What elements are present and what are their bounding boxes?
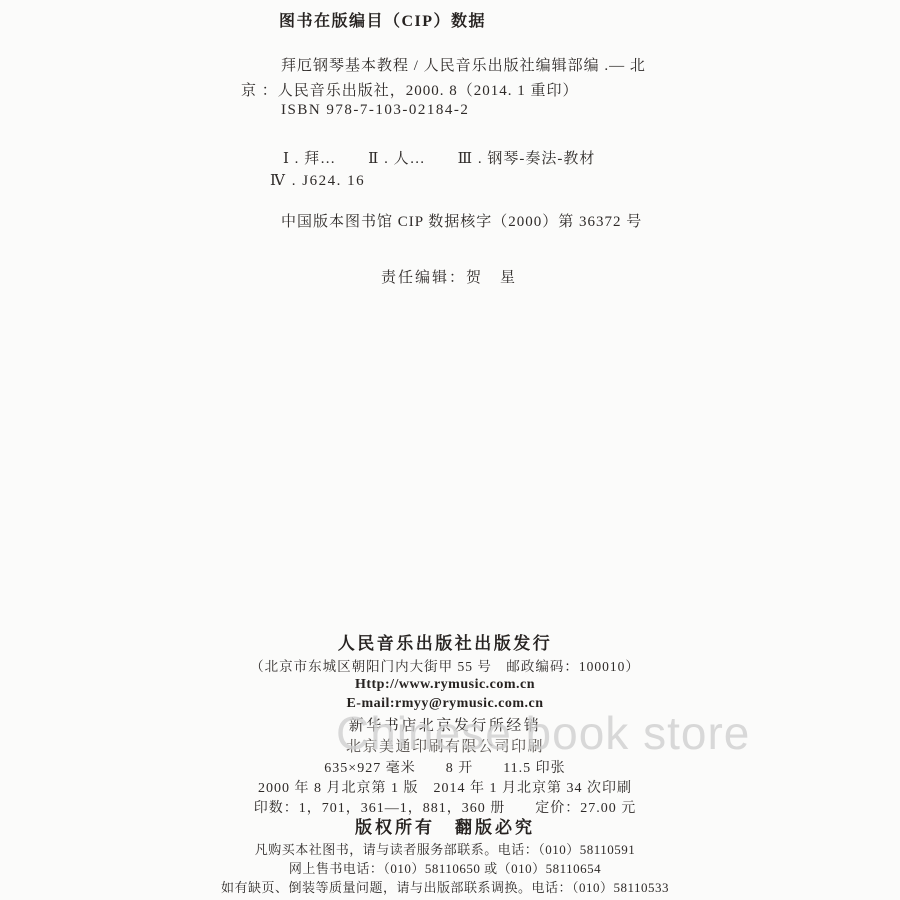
cip-record-number: 中国版本图书馆 CIP 数据核字（2000）第 36372 号 — [281, 210, 642, 231]
copyright-notice: 版权所有 翻版必究 — [0, 813, 890, 838]
cip-classification-line1: Ⅰ . 拜… Ⅱ . 人… Ⅲ . 钢琴-奏法-教材 — [283, 147, 595, 168]
isbn-number: ISBN 978-7-103-02184-2 — [281, 102, 469, 119]
cip-title-line2: 京 ：人民音乐出版社，2000. 8（2014. 1 重印） — [241, 79, 579, 100]
book-copyright-page: 图书在版编目（CIP）数据 拜厄钢琴基本教程 / 人民音乐出版社编辑部编 .— … — [0, 0, 900, 900]
cip-heading: 图书在版编目（CIP）数据 — [279, 8, 486, 31]
service-contact-line: 凡购买本社图书，请与读者服务部联系。电话：（010）58110591 — [0, 839, 890, 858]
cip-title-line1: 拜厄钢琴基本教程 / 人民音乐出版社编辑部编 .— 北 — [281, 54, 646, 75]
cip-classification-line2: Ⅳ . J624. 16 — [270, 171, 365, 190]
format-line: 635×927 毫米 8 开 11.5 印张 — [0, 757, 890, 777]
online-sales-contact-line: 网上售书电话：（010）58110650 或（010）58110654 — [0, 858, 890, 877]
publisher-website: Http://www.rymusic.com.cn — [0, 677, 890, 693]
responsible-editor: 责任编辑：贺 星 — [381, 266, 517, 287]
store-watermark: Chinese book store — [336, 706, 750, 760]
publisher-address: （北京市东城区朝阳门内大街甲 55 号 邮政编码：100010） — [0, 655, 890, 675]
publisher-line: 人民音乐出版社出版发行 — [0, 629, 890, 654]
edition-line: 2000 年 8 月北京第 1 版 2014 年 1 月北京第 34 次印刷 — [0, 777, 890, 797]
quality-issue-contact-line: 如有缺页、倒装等质量问题，请与出版部联系调换。电话：（010）58110533 — [0, 877, 890, 896]
